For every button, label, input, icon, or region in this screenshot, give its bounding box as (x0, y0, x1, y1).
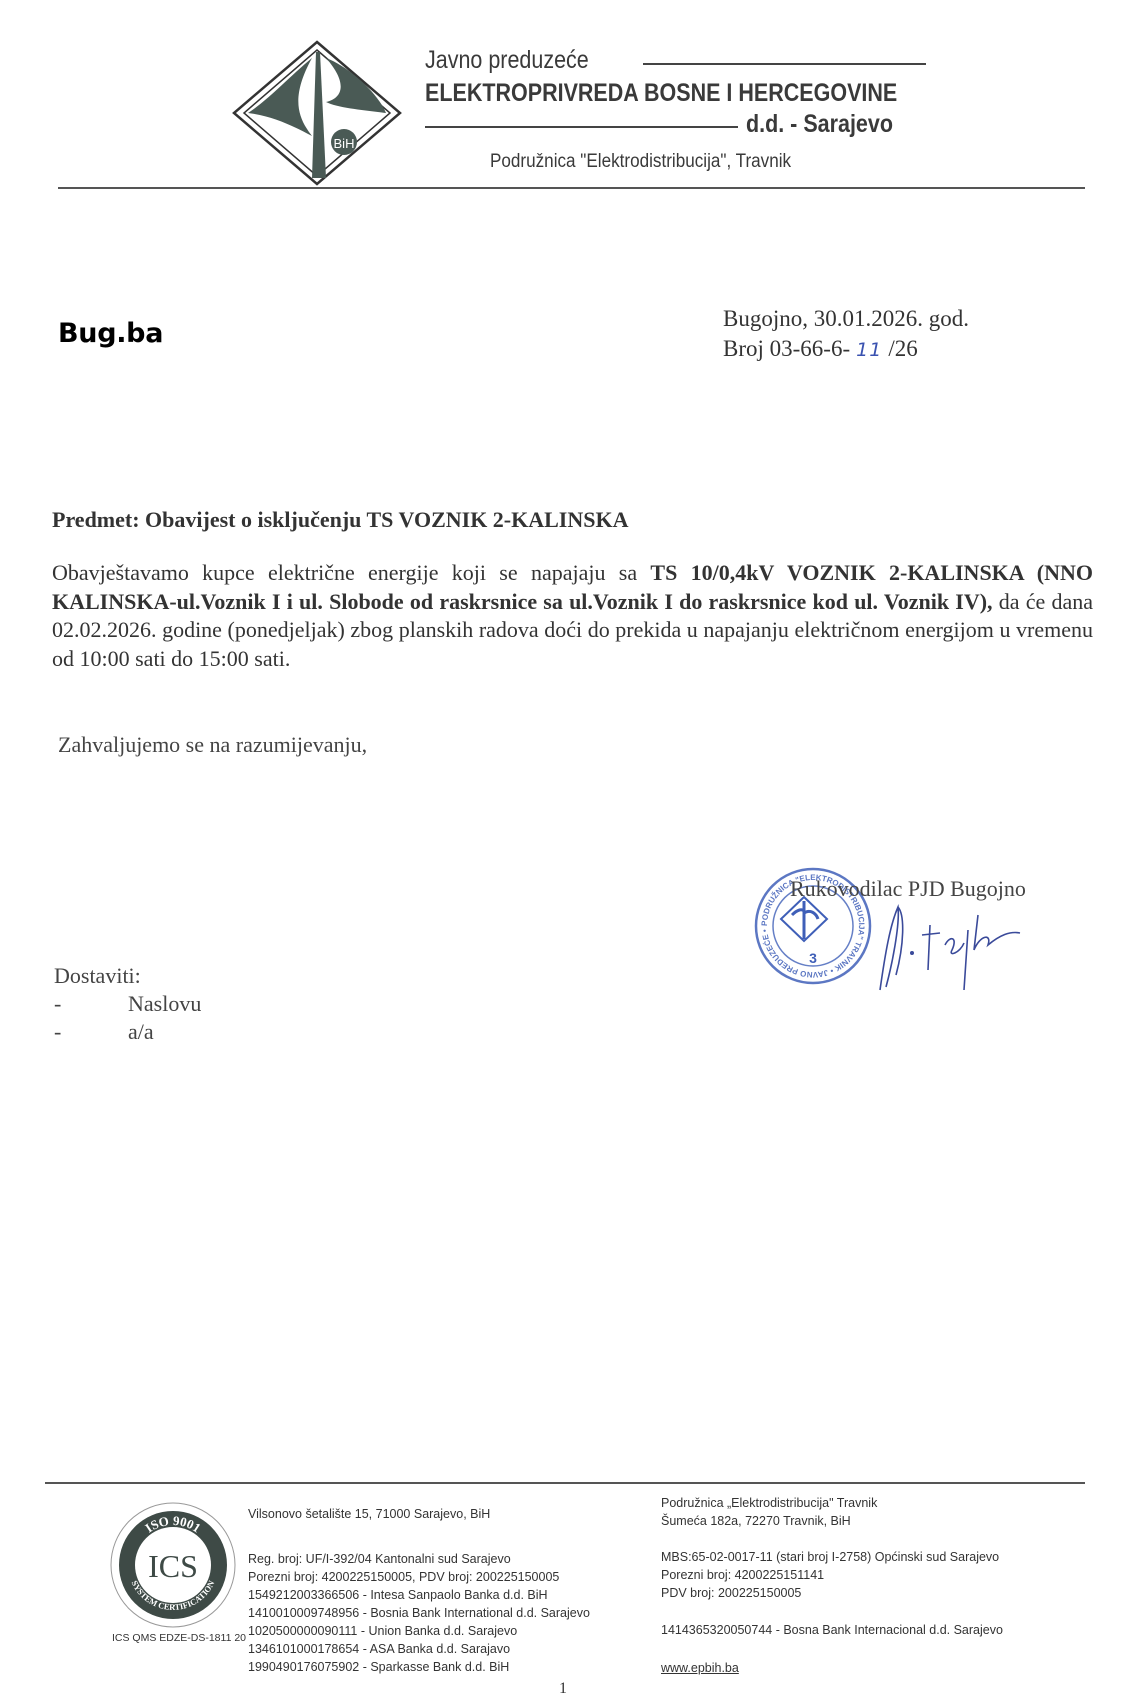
footer-branch-bank: 1414365320050744 - Bosna Bank Internacio… (661, 1621, 1003, 1639)
list-item: -Naslovu (54, 990, 201, 1018)
list-item: -a/a (54, 1018, 201, 1046)
header-rule-2 (425, 126, 738, 128)
header-branch: Podružnica "Elektrodistribucija", Travni… (490, 151, 791, 173)
iso-certification-logo-icon: ISO 9001 SYSTEM CERTIFICATION ICS (108, 1500, 238, 1630)
footer-branch-registration: MBS:65-02-0017-11 (stari broj I-2758) Op… (661, 1548, 999, 1602)
footer-hq-registration: Reg. broj: UF/I-392/04 Kantonalni sud Sa… (248, 1550, 590, 1676)
footer-website-link[interactable]: www.epbih.ba (661, 1659, 739, 1677)
date-block: Bugojno, 30.01.2026. god. Broj 03-66-6-1… (723, 304, 969, 365)
svg-text:ICS: ICS (148, 1548, 198, 1584)
header-divider (58, 187, 1085, 189)
header-rule-1 (643, 63, 926, 65)
epbih-logo-icon: BiH (228, 38, 408, 190)
header-org-name: ELEKTROPRIVREDA BOSNE I HERCEGOVINE (425, 79, 897, 108)
footer-divider (45, 1482, 1085, 1484)
header-org-suffix: d.d. - Sarajevo (746, 110, 893, 139)
handwritten-number: 11 (856, 339, 882, 361)
body-paragraph: Obavještavamo kupce električne energije … (52, 559, 1093, 673)
svg-text:3: 3 (809, 950, 817, 966)
svg-text:BiH: BiH (334, 136, 355, 151)
document-number: Broj 03-66-6-11/26 (723, 334, 969, 365)
footer-hq-address: Vilsonovo šetalište 15, 71000 Sarajevo, … (248, 1505, 490, 1523)
footer-branch-address: Podružnica „Elektrodistribucija" Travnik… (661, 1494, 877, 1530)
date-line: Bugojno, 30.01.2026. god. (723, 304, 969, 334)
header-org-type: Javno preduzeće (425, 46, 589, 75)
closing-thanks: Zahvaljujemo se na razumijevanju, (58, 732, 367, 758)
watermark-label: Bug.ba (58, 318, 163, 349)
distribution-list: Dostaviti: -Naslovu -a/a (54, 962, 201, 1046)
handwritten-signature-icon (860, 895, 1050, 995)
distribution-label: Dostaviti: (54, 962, 201, 990)
page-number: 1 (559, 1680, 567, 1698)
iso-certificate-caption: ICS QMS EDZE-DS-1811 20 (112, 1632, 246, 1644)
subject-line: Predmet: Obavijest o isključenju TS VOZN… (52, 507, 629, 533)
